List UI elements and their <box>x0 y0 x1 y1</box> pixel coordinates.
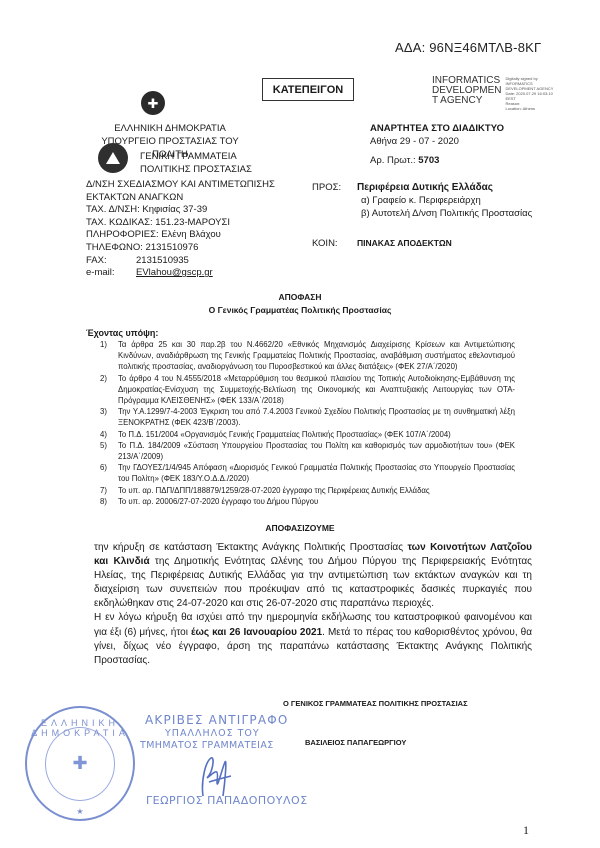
secretariat-name: ΓΕΝΙΚΗ ΓΡΑΜΜΑΤΕΙΑ ΠΟΛΙΤΙΚΗΣ ΠΡΟΣΤΑΣΙΑΣ <box>140 150 252 176</box>
place-date: Αθήνα 29 - 07 - 2020 <box>370 135 504 148</box>
signature-organization: INFORMATICS DEVELOPMEN T AGENCY <box>432 76 501 111</box>
official-seal-icon: ΕΛΛΗΝΙΚΗ ΔΗΜΟΚΡΑΤΙΑ ✚ ★ <box>25 706 135 821</box>
email: e-mail:EVlahou@gscp.gr <box>86 267 275 280</box>
greek-emblem-icon: ✚ <box>141 91 165 115</box>
address: ΤΑΧ. Δ/ΝΣΗ: Κηφισίας 37-39 <box>86 204 275 217</box>
signature-details: Digitally signed by INFORMATICS DEVELOPM… <box>505 76 575 111</box>
urgent-badge: ΚΑΤΕΠΕΙΓΟΝ <box>262 78 354 101</box>
list-item: 1)Τα άρθρα 25 και 30 παρ.2β του Ν.4662/2… <box>100 339 515 373</box>
contact-person: ΠΛΗΡΟΦΟΡΙΕΣ: Ελένη Βλάχου <box>86 229 275 242</box>
list-item: 6)Την ΓΔΟΥΕΣ/1/4/945 Απόφαση «Διορισμός … <box>100 462 515 484</box>
list-item: 7)Το υπ. αρ. ΠΔΠ/ΔΠΠ/188879/1259/28-07-2… <box>100 485 515 496</box>
post-online-label: ΑΝΑΡΤΗΤΕΑ ΣΤΟ ΔΙΑΔΙΚΤΥΟ <box>370 122 504 135</box>
recipients-cc: ΚΟΙΝ: ΠΙΝΑΚΑΣ ΑΠΟΔΕΚΤΩΝ <box>312 238 452 249</box>
postal-code: ΤΑΧ. ΚΩΔΙΚΑΣ: 151.23-ΜΑΡΟΥΣΙ <box>86 217 275 230</box>
department-info: Δ/ΝΣΗ ΣΧΕΔΙΑΣΜΟΥ ΚΑΙ ΑΝΤΙΜΕΤΩΠΙΣΗΣ ΕΚΤΑΚ… <box>86 179 275 280</box>
civil-protection-logo-icon <box>98 143 128 173</box>
decide-heading: ΑΠΟΦΑΣΙΖΟΥΜΕ <box>0 523 600 533</box>
decision-title: ΑΠΟΦΑΣΗ <box>0 292 600 302</box>
post-info: ΑΝΑΡΤΗΤΕΑ ΣΤΟ ΔΙΑΔΙΚΤΥΟ Αθήνα 29 - 07 - … <box>370 122 504 148</box>
ada-code: ΑΔΑ: 96ΝΞ46ΜΤΛΒ-8ΚΓ <box>395 40 541 55</box>
list-item: 2)Το άρθρο 4 του Ν.4555/2018 «Μεταρρύθμι… <box>100 373 515 407</box>
protocol-number: Αρ. Πρωτ.: 5703 <box>370 155 439 166</box>
phone: ΤΗΛΕΦΩΝΟ: 2131510976 <box>86 242 275 255</box>
list-item: 8)Το υπ. αρ. 20006/27-07-2020 έγγραφο το… <box>100 496 515 507</box>
decision-body: την κήρυξη σε κατάσταση Έκτακτης Ανάγκης… <box>94 541 532 668</box>
handwritten-signature-icon <box>195 752 235 800</box>
considering-label: Έχοντας υπόψη: <box>86 328 158 338</box>
fax: FAX:2131510935 <box>86 255 275 268</box>
decision-paragraph-1: την κήρυξη σε κατάσταση Έκτακτης Ανάγκης… <box>94 541 532 611</box>
page-number: 1 <box>523 823 529 838</box>
considerations-list: 1)Τα άρθρα 25 και 30 παρ.2β του Ν.4662/2… <box>100 339 515 507</box>
signer-name: ΒΑΣΙΛΕΙΟΣ ΠΑΠΑΓΕΩΡΓΙΟΥ <box>305 738 406 747</box>
decision-paragraph-2: Η εν λόγω κήρυξη θα ισχύει από την ημερο… <box>94 611 532 667</box>
recipients-to: ΠΡΟΣ: Περιφέρεια Δυτικής Ελλάδας α) Γραφ… <box>312 181 532 220</box>
decision-subtitle: Ο Γενικός Γραμματέας Πολιτικής Προστασία… <box>0 305 600 315</box>
list-item: 3)Την Υ.Α.1299/7-4-2003 Έγκριση του από … <box>100 406 515 428</box>
email-link[interactable]: EVlahou@gscp.gr <box>136 267 213 280</box>
list-item: 4)Το Π.Δ. 151/2004 «Οργανισμός Γενικής Γ… <box>100 429 515 440</box>
digital-signature: INFORMATICS DEVELOPMEN T AGENCY Digitall… <box>432 76 575 111</box>
list-item: 5)Το Π.Δ. 184/2009 «Σύσταση Υπουργείου Π… <box>100 440 515 462</box>
signer-title: Ο ΓΕΝΙΚΟΣ ΓΡΑΜΜΑΤΕΑΣ ΠΟΛΙΤΙΚΗΣ ΠΡΟΣΤΑΣΙΑ… <box>283 699 468 708</box>
